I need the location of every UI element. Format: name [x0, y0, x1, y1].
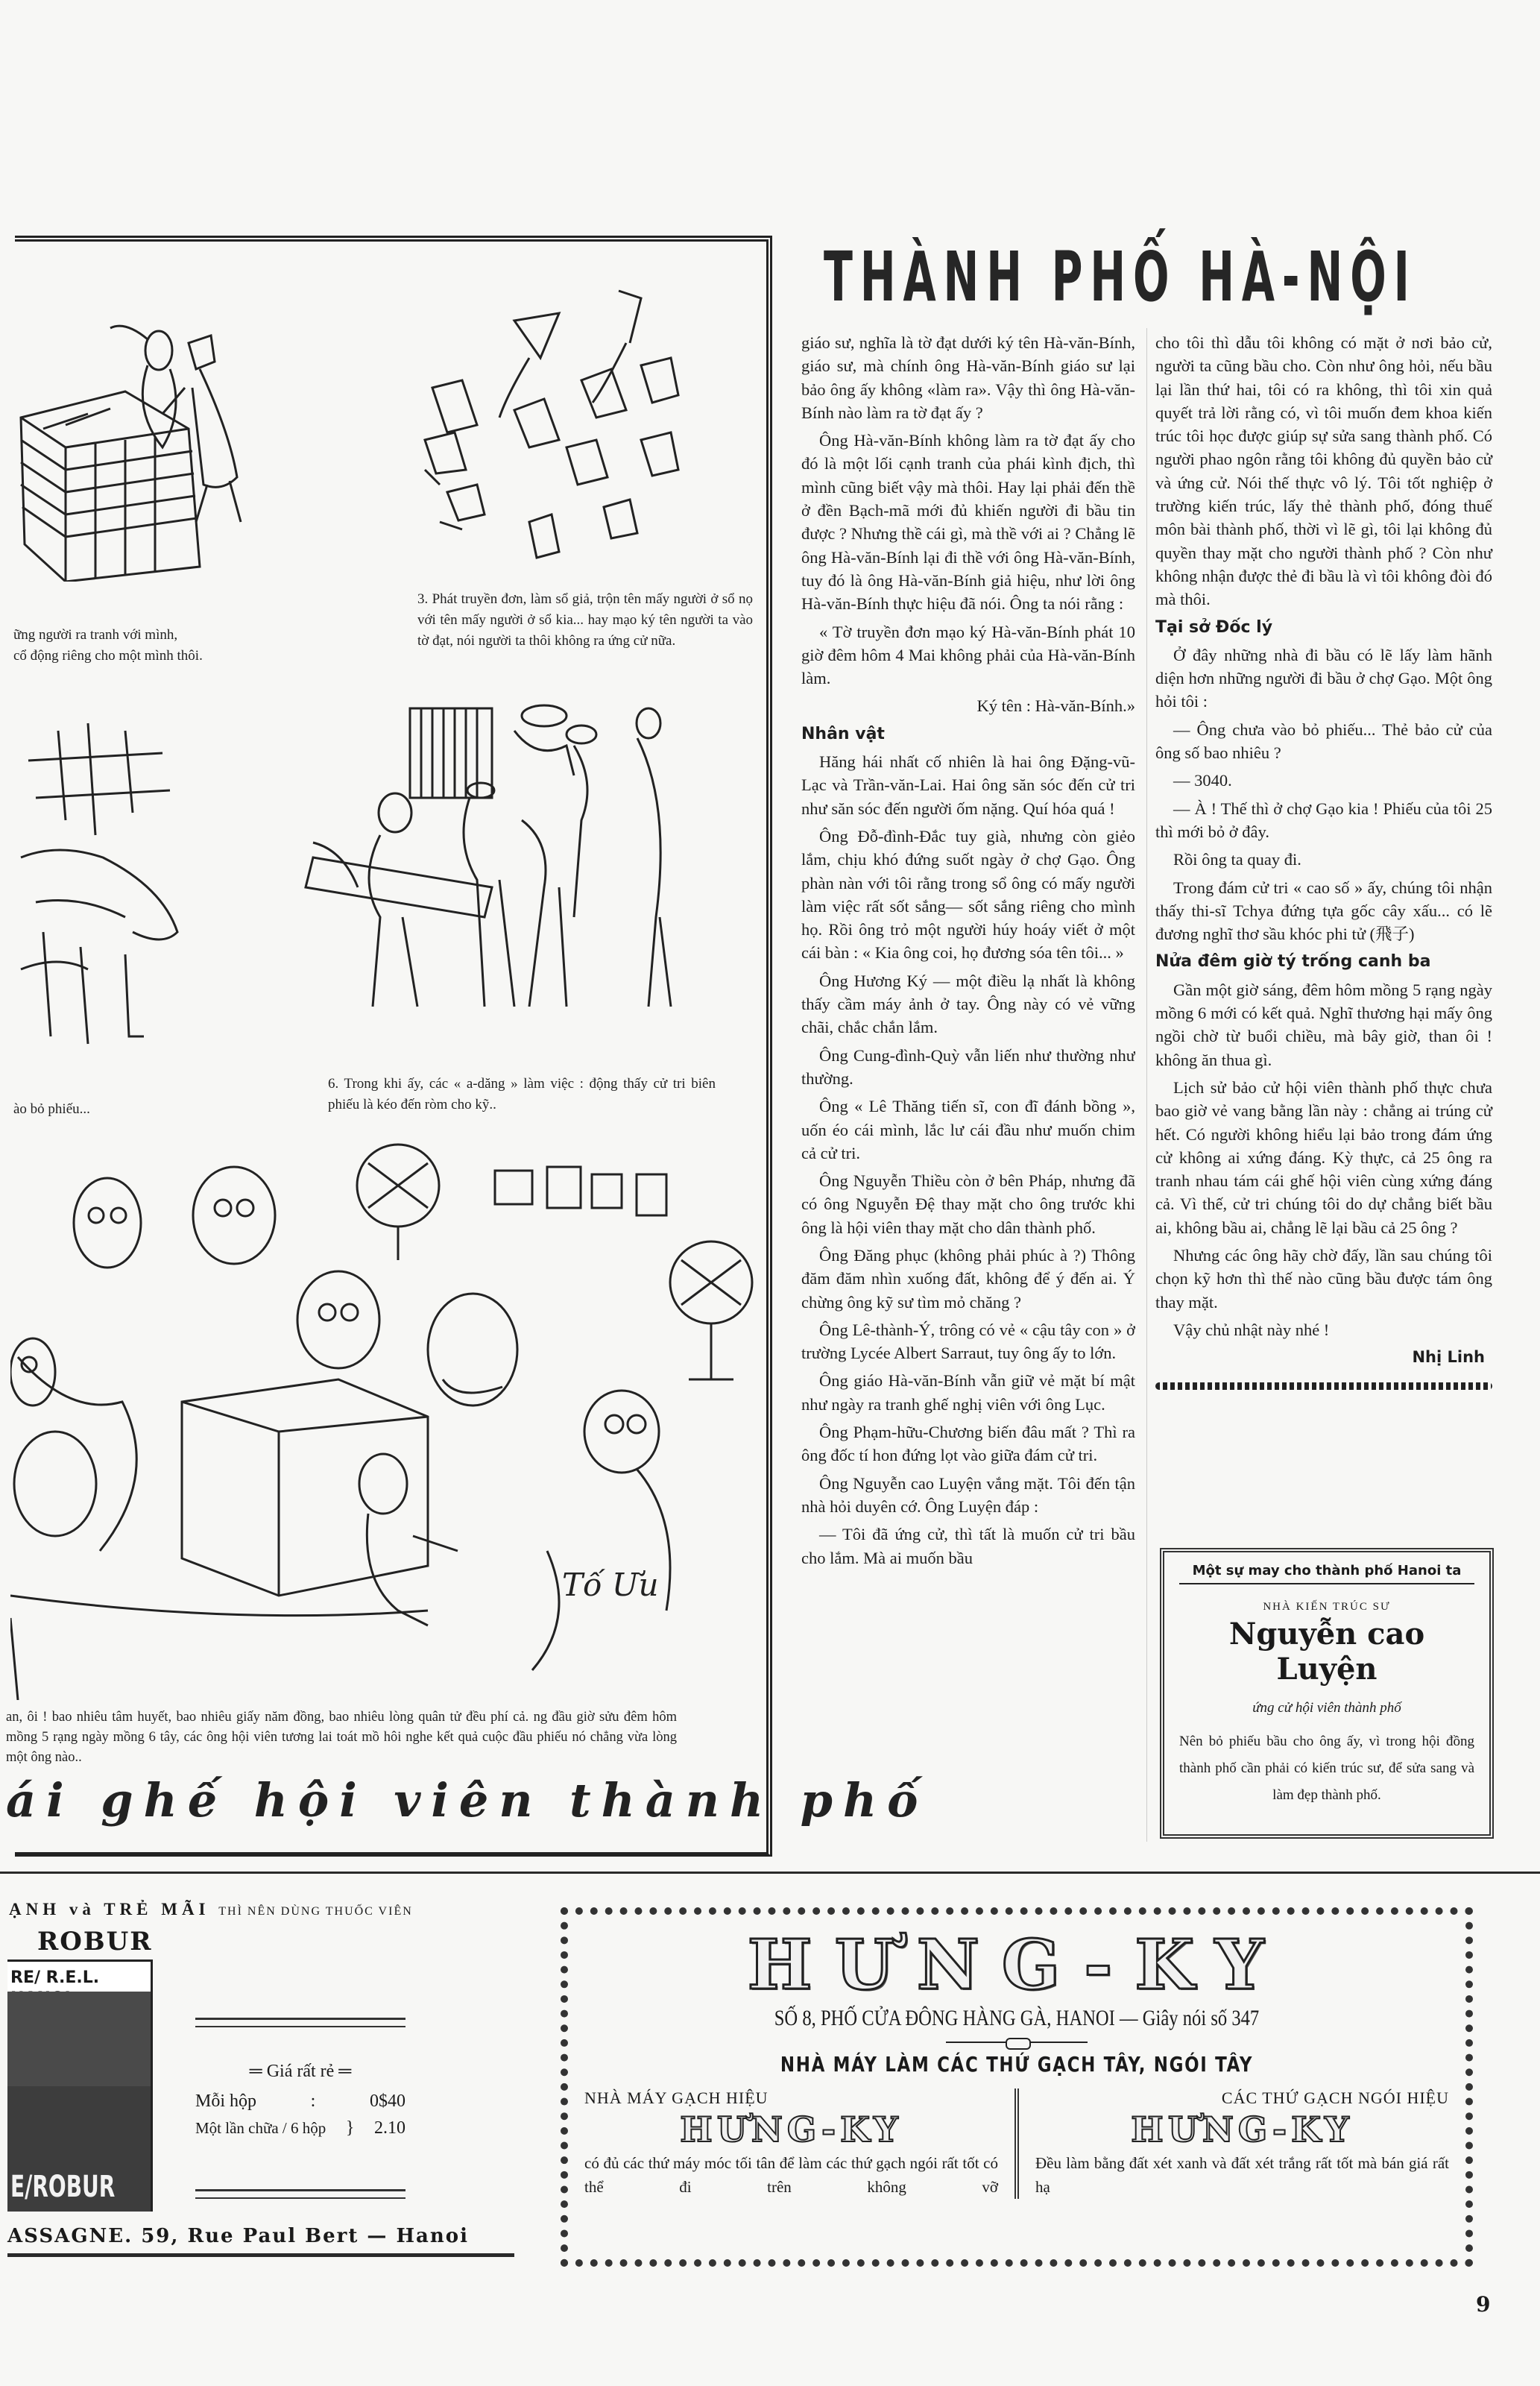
crowd-illustration	[298, 693, 745, 1051]
paragraph: Hăng hái nhất cố nhiên là hai ông Đặng-v…	[801, 750, 1135, 820]
paragraph: Ông Phạm-hữu-Chương biến đâu mất ? Thì r…	[801, 1420, 1135, 1467]
paragraph: Gần một giờ sáng, đêm hôm mồng 5 rạng ng…	[1155, 978, 1492, 1071]
paragraph: Ông Đỗ-đình-Đắc tuy già, nhưng còn giẻo …	[801, 825, 1135, 965]
article-column-2: cho tôi thì dẫu tôi không có mặt ở nơi b…	[1155, 331, 1492, 1390]
candidate-body: Nên bỏ phiếu bầu cho ông ấy, vì trong hộ…	[1179, 1728, 1474, 1809]
caption-2-fragment: ững người ra tranh với mình, cổ động riê…	[13, 625, 259, 667]
ornament-divider	[946, 2042, 1088, 2043]
voters-illustration	[13, 708, 237, 1051]
cartoon-panel-voters	[13, 708, 237, 1051]
vote-counting-illustration: Tố Ưu	[10, 1133, 763, 1700]
section-rule	[0, 1872, 1540, 1874]
cartoon-panel-leaflets	[417, 276, 730, 589]
paragraph: Lịch sử bảo cử hội viên thành phố thực c…	[1155, 1076, 1492, 1239]
paragraph: Vậy chủ nhật này nhé !	[1155, 1318, 1492, 1341]
candidate-subtitle: NHÀ KIẾN TRÚC SƯ	[1179, 1601, 1474, 1614]
robur-logo: E/ROBUR	[10, 2170, 115, 2204]
paragraph: Ông « Lê Thăng tiến sĩ, con đĩ đánh bồng…	[801, 1095, 1135, 1165]
author-signature: Nhị Linh	[1155, 1346, 1492, 1369]
paragraph: Ông Cung-đình-Quỳ vẫn liến như thường nh…	[801, 1044, 1135, 1091]
paragraph: — Ông chưa vào bỏ phiếu... Thẻ bảo cử củ…	[1155, 718, 1492, 765]
kangaroo-illustration	[7, 1992, 151, 2088]
hungky-advert: HƯNG-KY SỐ 8, PHỐ CỬA ĐÔNG HÀNG GÀ, HANO…	[561, 1907, 1473, 2267]
paragraph: Ông Đăng phục (không phải phúc à ?) Thôn…	[801, 1244, 1135, 1314]
cartoon-panel-counting: Tố Ưu	[10, 1133, 763, 1700]
hungky-left-column: NHÀ MÁY GẠCH HIỆU HƯNG-KY có đủ các thứ …	[568, 2088, 1019, 2199]
candidate-kicker: Một sự may cho thành phố Hanoi ta	[1179, 1563, 1474, 1584]
candidate-name: Nguyễn cao Luyện	[1179, 1617, 1474, 1687]
section-heading: Nửa đêm giờ tý trống canh ba	[1155, 950, 1492, 973]
robur-bottom-rule	[7, 2253, 514, 2257]
section-heading: Tại sở Đốc lý	[1155, 616, 1492, 639]
paragraph: Ông giáo Hà-văn-Bính vẫn giữ vẻ mặt bí m…	[801, 1369, 1135, 1416]
paragraph: Ông Nguyễn Thiều còn ở bên Pháp, nhưng đ…	[801, 1169, 1135, 1239]
paragraph: Ông Hà-văn-Bính không làm ra tờ đạt ấy c…	[801, 429, 1135, 615]
paragraph: Trong đám cử tri « cao số » ấy, chúng tô…	[1155, 876, 1492, 946]
robur-address: ASSAGNE. 59, Rue Paul Bert — Hanoi	[7, 2225, 469, 2247]
paragraph: Rồi ông ta quay đi.	[1155, 848, 1492, 871]
paragraph: cho tôi thì dẫu tôi không có mặt ở nơi b…	[1155, 331, 1492, 611]
candidate-advert-box: Một sự may cho thành phố Hanoi ta NHÀ KI…	[1160, 1548, 1494, 1839]
column-divider	[1146, 328, 1147, 1842]
caption-final: an, ôi ! bao nhiêu tâm huyết, bao nhiêu …	[6, 1707, 677, 1768]
caption-3: 3. Phát truyền đơn, làm sổ giả, trộn tên…	[417, 589, 753, 652]
page-number: 9	[1476, 2292, 1490, 2317]
paragraph: Ký tên : Hà-văn-Bính.»	[801, 694, 1135, 717]
paragraph: giáo sư, nghĩa là tờ đạt dưới ký tên Hà-…	[801, 331, 1135, 424]
leaflets-illustration	[417, 276, 730, 589]
paragraph: Ông Nguyễn cao Luyện vắng mặt. Tôi đến t…	[801, 1472, 1135, 1519]
caption-6: 6. Trong khi ấy, các « a-dăng » làm việc…	[328, 1074, 716, 1115]
wavy-rule	[1155, 1382, 1492, 1390]
paragraph: — 3040.	[1155, 769, 1492, 792]
hungky-columns: NHÀ MÁY GẠCH HIỆU HƯNG-KY có đủ các thứ …	[568, 2088, 1465, 2199]
robur-brand: ROBUR	[37, 1927, 153, 1957]
robur-headline: ẠNH và TRẺ MÃI THÌ NÊN DÙNG THUỐC VIÊN	[9, 1900, 413, 1919]
paragraph: — À ! Thế thì ở chợ Gạo kia ! Phiếu của …	[1155, 797, 1492, 844]
section-heading: Nhân vật	[801, 723, 1135, 746]
paragraph: — Tôi đã ứng cử, thì tất là muốn cử tri …	[801, 1523, 1135, 1570]
robur-product-image: RE/ R.E.L.HANOI	[7, 1960, 153, 2088]
paragraph: Ở đây những nhà đi bầu có lẽ lấy làm hãn…	[1155, 643, 1492, 714]
artist-signature: Tố Ưu	[562, 1567, 659, 1603]
price-rule-bottom	[195, 2189, 405, 2199]
caption-5-fragment: ào bỏ phiếu...	[13, 1099, 237, 1120]
ballot-box-illustration	[13, 298, 259, 582]
candidate-role: ứng cử hội viên thành phố	[1179, 1700, 1474, 1716]
paragraph: Ông Hương Ký — một điều lạ nhất là không…	[801, 969, 1135, 1039]
article-column-1: giáo sư, nghĩa là tờ đạt dưới ký tên Hà-…	[801, 331, 1135, 1845]
hungky-right-column: CÁC THỨ GẠCH NGÓI HIỆU HƯNG-KY Đều làm b…	[1019, 2088, 1465, 2199]
robur-price-list: ═ Giá rất rẻ ═ Mỗi hộp : 0$40 Một lần ch…	[195, 2058, 405, 2141]
price-row: Mỗi hộp : 0$40	[195, 2088, 405, 2115]
robur-box-image: E/ROBUR	[7, 2086, 153, 2212]
cartoon-panel-ballot-box	[13, 298, 259, 582]
hungky-brand: HƯNG-KY	[568, 1924, 1465, 2006]
paragraph: Ông Lê-thành-Ý, trông có vẻ « cậu tây co…	[801, 1318, 1135, 1365]
price-heading: ═ Giá rất rẻ ═	[195, 2058, 405, 2085]
hungky-address: SỐ 8, PHỐ CỬA ĐÔNG HÀNG GÀ, HANOI — Giây…	[648, 2006, 1384, 2031]
cartoon-panel-crowd	[298, 693, 745, 1051]
cartoon-banner: ái ghế hội viên thành phố	[6, 1773, 928, 1828]
paragraph: Nhưng các ông hãy chờ đấy, lần sau chúng…	[1155, 1244, 1492, 1314]
hungky-tagline: NHÀ MÁY LÀM CÁC THỨ GẠCH TÂY, NGÓI TÂY	[648, 2052, 1384, 2077]
price-rule-top	[195, 2018, 405, 2027]
paragraph: « Tờ truyền đơn mạo ký Hà-văn-Bính phát …	[801, 620, 1135, 690]
article-title: THÀNH PHỐ HÀ-NỘI	[824, 237, 1417, 317]
price-row: Một lần chữa / 6 hộp } 2.10	[195, 2115, 405, 2141]
